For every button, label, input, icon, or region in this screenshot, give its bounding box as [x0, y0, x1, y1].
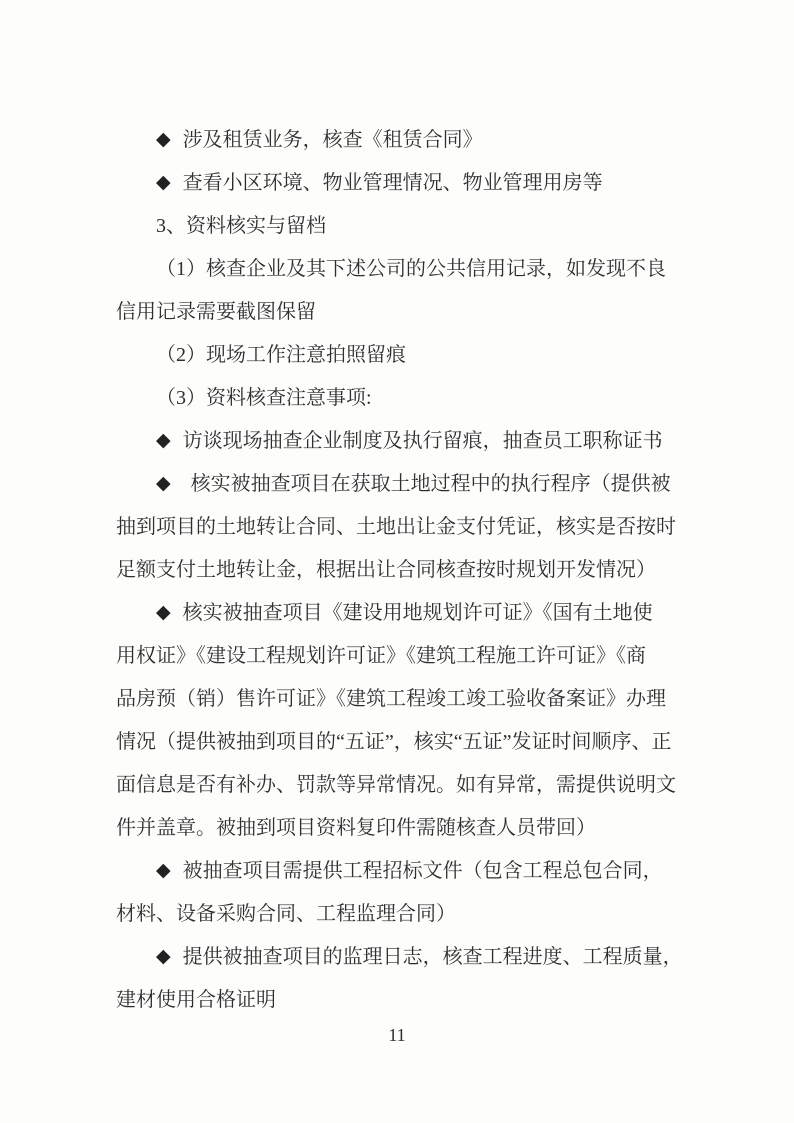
line-text: 提供被抽查项目的监理日志，核查工程进度、工程质量， — [183, 946, 683, 968]
text-line: 材料、设备采购合同、工程监理合同） — [116, 893, 680, 936]
diamond-bullet-icon: ◆ — [156, 118, 171, 161]
text-line: （1）核查企业及其下述公司的公共信用记录，如发现不良 — [116, 248, 680, 291]
line-text: 核实被抽查项目《建设用地规划许可证》《国有土地使 — [183, 602, 653, 624]
text-line: 品房预（销）售许可证》《建筑工程竣工竣工验收备案证》办理 — [116, 678, 680, 721]
page-number: 11 — [0, 1020, 794, 1050]
text-line: 建材使用合格证明 — [116, 979, 680, 1022]
bullet-line: ◆被抽查项目需提供工程招标文件（包含工程总包合同， — [116, 850, 680, 893]
line-text: 查看小区环境、物业管理情况、物业管理用房等 — [183, 172, 603, 194]
bullet-line: ◆查看小区环境、物业管理情况、物业管理用房等 — [116, 162, 680, 205]
diamond-bullet-icon: ◆ — [156, 161, 171, 204]
text-line: 用权证》《建设工程规划许可证》《建筑工程施工许可证》《商 — [116, 635, 680, 678]
line-text: 涉及租赁业务，核查《租赁合同》 — [183, 129, 483, 151]
diamond-bullet-icon: ◆ — [156, 935, 171, 978]
document-body: ◆涉及租赁业务，核查《租赁合同》◆查看小区环境、物业管理情况、物业管理用房等3、… — [116, 119, 680, 1022]
text-line: 信用记录需要截图保留 — [116, 291, 680, 334]
line-text: 被抽查项目需提供工程招标文件（包含工程总包合同， — [183, 860, 663, 882]
text-line: （2）现场工作注意拍照留痕 — [116, 334, 680, 377]
text-line: 3、资料核实与留档 — [116, 205, 680, 248]
text-line: 足额支付土地转让金，根据出让合同核查按时规划开发情况） — [116, 549, 680, 592]
text-line: 面信息是否有补办、罚款等异常情况。如有异常，需提供说明文 — [116, 764, 680, 807]
bullet-line: ◆核实被抽查项目在获取土地过程中的执行程序（提供被 — [116, 463, 680, 506]
diamond-bullet-icon: ◆ — [156, 462, 171, 505]
text-line: （3）资料核查注意事项: — [116, 377, 680, 420]
text-line: 抽到项目的土地转让合同、土地出让金支付凭证，核实是否按时 — [116, 506, 680, 549]
bullet-line: ◆提供被抽查项目的监理日志，核查工程进度、工程质量， — [116, 936, 680, 979]
text-line: 情况（提供被抽到项目的“五证”，核实“五证”发证时间顺序、正 — [116, 721, 680, 764]
line-text: 核实被抽查项目在获取土地过程中的执行程序（提供被 — [191, 473, 671, 495]
diamond-bullet-icon: ◆ — [156, 591, 171, 634]
bullet-line: ◆核实被抽查项目《建设用地规划许可证》《国有土地使 — [116, 592, 680, 635]
text-line: 件并盖章。被抽到项目资料复印件需随核查人员带回） — [116, 807, 680, 850]
document-page: ◆涉及租赁业务，核查《租赁合同》◆查看小区环境、物业管理情况、物业管理用房等3、… — [0, 0, 794, 1123]
diamond-bullet-icon: ◆ — [156, 849, 171, 892]
bullet-line: ◆访谈现场抽查企业制度及执行留痕，抽查员工职称证书 — [116, 420, 680, 463]
line-text: 访谈现场抽查企业制度及执行留痕，抽查员工职称证书 — [183, 430, 663, 452]
diamond-bullet-icon: ◆ — [156, 419, 171, 462]
bullet-line: ◆涉及租赁业务，核查《租赁合同》 — [116, 119, 680, 162]
